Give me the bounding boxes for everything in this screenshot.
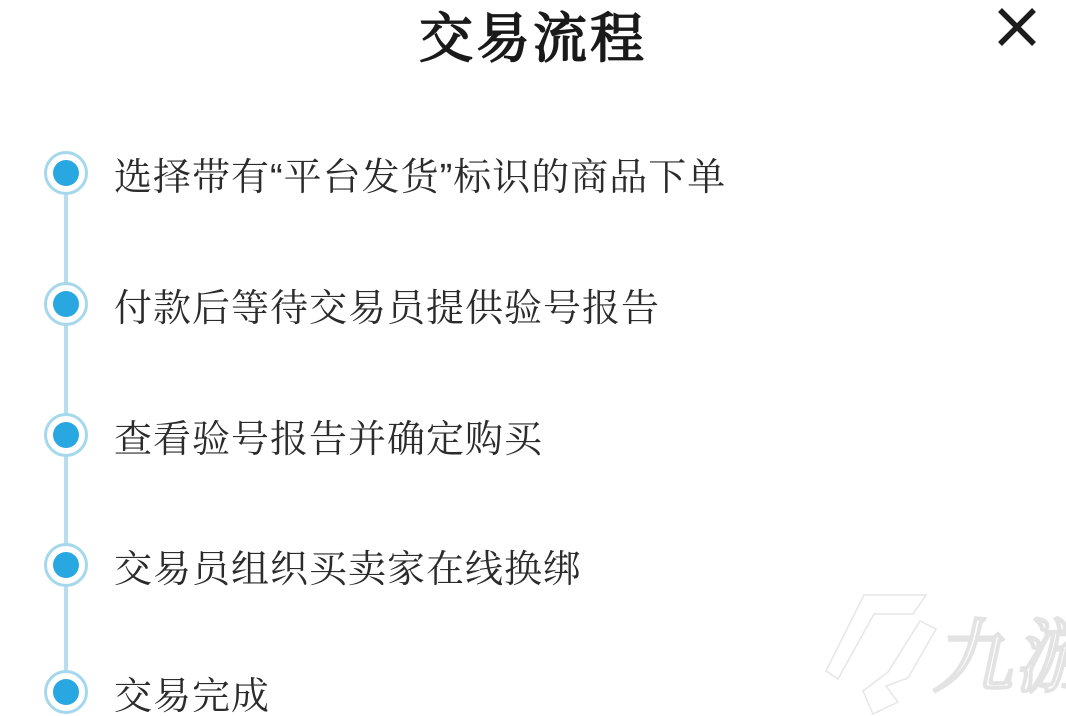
trade-process-modal: 交易流程 选择带有“平台发货”标识的商品下单 付款后等待交易员提供验号报告 查看… [0, 0, 1066, 716]
close-icon [995, 36, 1039, 51]
step-bullet-icon [44, 282, 88, 326]
step-row-1: 选择带有“平台发货”标识的商品下单 [44, 143, 726, 203]
step-label: 交易完成 [114, 665, 270, 716]
jiuyou-watermark-text: 九游 [928, 593, 1066, 708]
step-label: 选择带有“平台发货”标识的商品下单 [114, 146, 726, 201]
step-row-2: 付款后等待交易员提供验号报告 [44, 274, 660, 334]
close-button[interactable] [995, 6, 1039, 48]
step-label: 交易员组织买卖家在线换绑 [114, 538, 582, 593]
jiuyou-watermark: 九游 [810, 575, 1066, 716]
step-row-5: 交易完成 [44, 662, 270, 716]
step-label: 付款后等待交易员提供验号报告 [114, 277, 660, 332]
step-bullet-icon [44, 543, 88, 587]
step-bullet-icon [44, 670, 88, 714]
jiuyou-logo-icon [810, 575, 940, 716]
step-bullet-icon [44, 413, 88, 457]
step-label: 查看验号报告并确定购买 [114, 408, 543, 463]
step-row-4: 交易员组织买卖家在线换绑 [44, 535, 582, 595]
step-bullet-icon [44, 151, 88, 195]
step-row-3: 查看验号报告并确定购买 [44, 405, 543, 465]
page-title: 交易流程 [0, 0, 1066, 73]
